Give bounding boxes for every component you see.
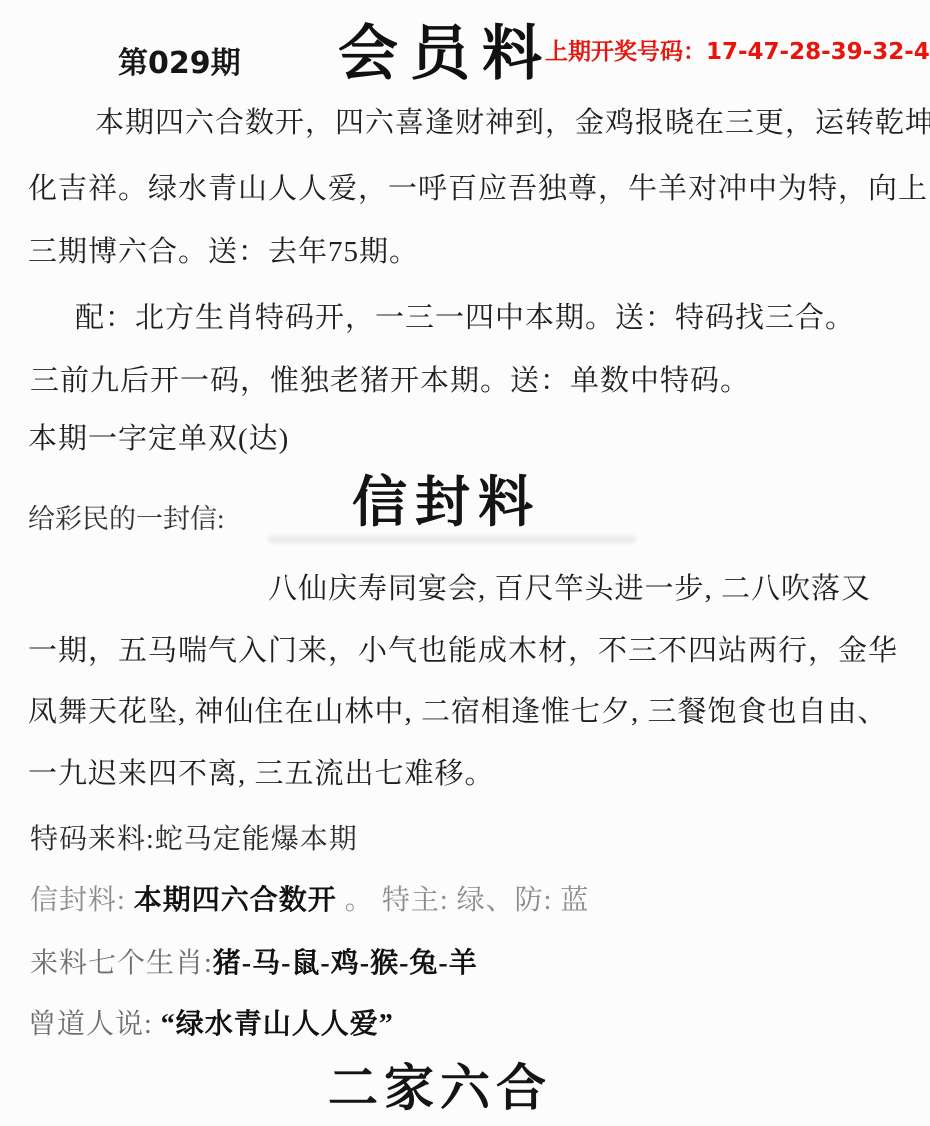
last-draw-numbers: 上期开奖号码：17-47-28-39-32-49+03: [545, 33, 930, 66]
member-line-4: 配：北方生肖特码开，一三一四中本期。送：特码找三合。: [75, 295, 855, 336]
member-line-3: 三期博六合。送：去年75期。: [28, 229, 419, 270]
special-main-value: 绿、: [457, 885, 515, 916]
zodiac-value: 猪-马-鼠-鸡-猴-兔-羊: [213, 948, 478, 979]
poem-line-3: 凤舞天花坠, 神仙住在山林中, 二宿相逢惟七夕, 三餐饱食也自由、: [28, 689, 888, 730]
footer-title: 二家六合: [328, 1048, 552, 1120]
lottery-tip-sheet: 第029期 会员料 上期开奖号码：17-47-28-39-32-49+03 本期…: [0, 0, 930, 1126]
poem-line-4: 一九迟来四不离, 三五流出七难移。: [28, 751, 495, 792]
poem-line-2: 一期，五马喘气入门来，小气也能成木材，不三不四站两行，金华: [28, 628, 898, 669]
member-line-6: 本期一字定单双(达): [28, 416, 289, 457]
guard-color-value: 蓝: [560, 885, 589, 916]
page-title: 会员料: [338, 6, 554, 92]
envelope-note-line: 信封料: 本期四六合数开 。 特主: 绿、防: 蓝: [30, 878, 589, 918]
issue-number: 第029期: [118, 38, 241, 82]
member-line-5: 三前九后开一码，惟独老猪开本期。送：单数中特码。: [30, 358, 750, 399]
erased-text-smudge: [268, 536, 636, 543]
envelope-note-label: 信封料:: [30, 885, 134, 916]
zeng-quote-label: 曾道人说:: [28, 1009, 161, 1040]
guard-color-label: 防:: [515, 885, 561, 916]
zeng-quote-line: 曾道人说: “绿水青山人人爱”: [28, 1002, 394, 1042]
zeng-quote-value: “绿水青山人人爱”: [161, 1009, 394, 1040]
envelope-section-title: 信封料: [352, 458, 541, 537]
envelope-note-period: 。: [337, 885, 382, 916]
member-line-1: 本期四六合数开，四六喜逢财神到，金鸡报晓在三更，运转乾坤: [95, 100, 930, 141]
envelope-intro-label: 给彩民的一封信:: [28, 497, 225, 536]
member-line-2: 化吉祥。绿水青山人人爱，一呼百应吾独尊，牛羊对冲中为特，向上: [28, 166, 928, 207]
envelope-note-value: 本期四六合数开: [134, 885, 337, 916]
special-code-tip-line: 特码来料:蛇马定能爆本期: [30, 817, 358, 857]
zodiac-label: 来料七个生肖:: [30, 948, 213, 979]
poem-line-1: 八仙庆寿同宴会, 百尺竿头进一步, 二八吹落又: [268, 566, 871, 607]
special-main-label: 特主:: [382, 885, 457, 916]
zodiac-line: 来料七个生肖:猪-马-鼠-鸡-猴-兔-羊: [30, 941, 478, 981]
